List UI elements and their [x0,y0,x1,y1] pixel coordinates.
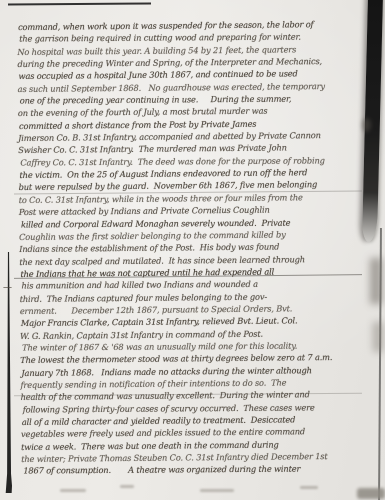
margin-dash-mark: — [3,283,13,293]
manuscript-page: — command, when work upon it was suspend… [0,0,385,500]
scan-speck [60,489,86,492]
scan-top-edge-line [8,3,151,6]
scan-speck [120,485,134,488]
scan-speck [200,489,234,492]
scan-right-edge-line [378,228,382,500]
scan-speck [300,486,318,489]
scan-smudge [357,488,385,499]
scan-left-edge-line [5,252,12,493]
manuscript-line: 1867 of consumption. A theatre was organ… [23,462,375,477]
handwritten-text-block: command, when work upon it was suspended… [17,18,373,478]
scan-smudge [373,322,383,352]
